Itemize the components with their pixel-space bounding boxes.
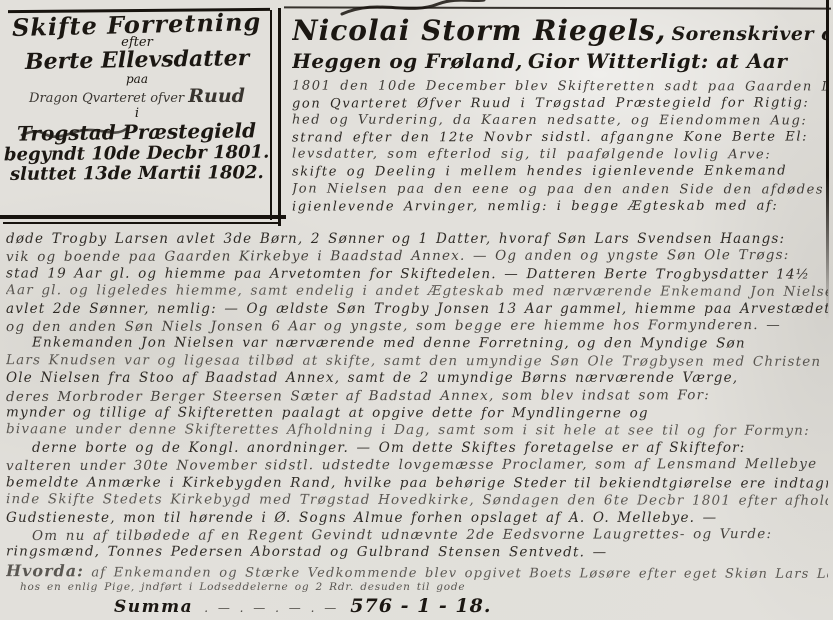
- body-line: Aar gl. og ligeledes hiemme, samt endeli…: [6, 282, 828, 301]
- summa-label: Summa: [114, 597, 193, 617]
- official-name: Nicolai Storm Riegels,: [292, 14, 666, 47]
- body-line: bemeldte Anmærke i Kirkebygden Rand, hvi…: [6, 474, 828, 493]
- body-line: Enkemanden Jon Nielsen var nærværende me…: [6, 335, 828, 354]
- body-line: Om nu af tilbødede af en Regent Gevindt …: [6, 526, 828, 546]
- introduction-paragraph: 1801 den 10de December blev Skifteretten…: [292, 78, 826, 215]
- intro-line: hed og Vurdering, da Kaaren nedsatte, og…: [292, 112, 826, 130]
- district-row: Heggen og Frøland, Gior Witterligt: at A…: [292, 49, 826, 73]
- rule-box-bottom-thick: [0, 215, 286, 219]
- intro-line: Jon Nielsen paa den eene og paa den ande…: [292, 180, 826, 198]
- official-title: Sorenskriver over: [671, 23, 826, 45]
- header-section: Nicolai Storm Riegels, Sorenskriver over…: [292, 14, 826, 215]
- intro-line: gon Qvarteret Øfver Ruud i Trøgstad Præs…: [292, 95, 826, 113]
- intro-line: strand efter den 12te Novbr sidstl. afga…: [292, 129, 826, 147]
- summa-dashes: . — . — . — . —: [204, 601, 339, 615]
- case-title-line: i: [135, 107, 139, 121]
- intro-line: levsdatter, som efterlod sig, til paaføl…: [292, 146, 826, 164]
- summa-row: Summa . — . — . — . — 576 - 1 - 18.: [114, 595, 828, 617]
- body-line: Ole Nielsen fra Stoo af Baadstad Annex, …: [6, 370, 828, 387]
- district-name: Heggen og Frøland,: [292, 49, 523, 73]
- body-line: avlet 2de Sønner, nemlig: — Og ældste Sø…: [6, 301, 828, 318]
- parish-name: Trogstad Præstegield: [17, 120, 256, 144]
- end-date-line: sluttet 13de Martii 1802.: [10, 164, 264, 184]
- proclamation-phrase: Gior Witterligt: at Aar: [528, 49, 787, 73]
- intro-line: 1801 den 10de December blev Skifteretten…: [292, 78, 826, 96]
- hvorda-keyword: Hvorda:: [6, 563, 84, 580]
- case-title-line: paa: [126, 73, 148, 85]
- body-line: vik og boende paa Gaarden Kirkebye i Baa…: [6, 247, 828, 267]
- body-line: deres Morbroder Berger Steersen Sæter af…: [6, 387, 828, 407]
- body-line: døde Trogby Larsen avlet 3de Børn, 2 Søn…: [6, 231, 828, 248]
- body-line: mynder og tillige af Skifteretten paalag…: [6, 404, 828, 423]
- case-title-line: Skifte Forretning: [12, 10, 262, 41]
- rule-column-divider-inner: [270, 10, 272, 220]
- hvorda-line: Hvorda: af Enkemanden og Stærke Vedkomme…: [6, 563, 828, 582]
- summa-value: 576 - 1 - 18.: [350, 595, 491, 617]
- farm-name-line: Dragon Qvarteret ofver Ruud: [29, 87, 245, 107]
- deceased-name: Berte Ellevsdatter: [25, 48, 250, 75]
- body-line: derne borte og de Kongl. anordninger. — …: [6, 440, 828, 457]
- body-line: og den anden Søn Niels Jonsen 6 Aar og y…: [6, 317, 828, 337]
- body-line: ringsmænd, Tonnes Pedersen Aborstad og G…: [6, 544, 828, 563]
- manuscript-page: Skifte Forretning efter Berte Ellevsdatt…: [0, 0, 833, 620]
- official-name-row: Nicolai Storm Riegels, Sorenskriver over: [292, 14, 826, 47]
- note-line: hos en enlig Pige, jndført i Lodseddeler…: [20, 581, 828, 594]
- intro-line: skifte og Deeling i mellem hendes igienl…: [292, 163, 826, 181]
- body-line: stad 19 Aar gl. og hiemme paa Arvetomten…: [6, 265, 828, 284]
- body-line: inde Skifte Stedets Kirkebygd med Trøgst…: [6, 491, 828, 510]
- farm-name-prefix: Dragon Qvarteret ofver: [29, 91, 184, 106]
- hvorda-text: af Enkemanden og Stærke Vedkommende blev…: [91, 565, 828, 582]
- body-text: døde Trogby Larsen avlet 3de Børn, 2 Søn…: [6, 231, 828, 617]
- body-line: Gudstieneste, mon til hørende i Ø. Sogns…: [6, 510, 828, 527]
- rule-column-divider-outer: [278, 8, 281, 226]
- farm-name: Ruud: [188, 85, 245, 107]
- case-title-box: Skifte Forretning efter Berte Ellevsdatt…: [8, 13, 266, 213]
- intro-line: igienlevende Arvinger, nemlig: i begge Æ…: [292, 197, 826, 215]
- body-line: bivaane under denne Skifterettes Afholdn…: [6, 422, 828, 441]
- rule-box-bottom-thin: [3, 222, 281, 224]
- body-line: valteren under 30te November sidstl. uds…: [6, 456, 828, 476]
- body-line: Lars Knudsen var og ligesaa tilbød at sk…: [6, 352, 828, 371]
